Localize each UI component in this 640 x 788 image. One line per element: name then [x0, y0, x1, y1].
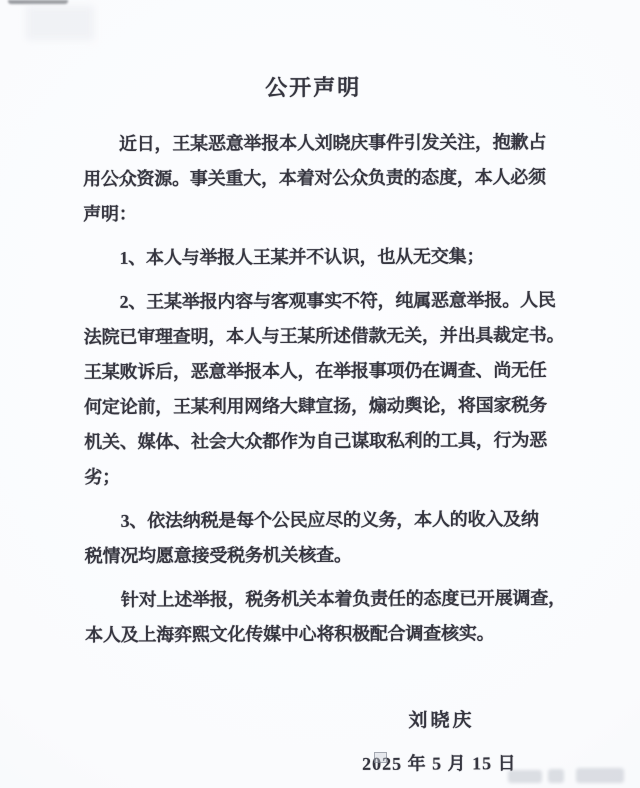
statement-line: 何定论前，王某利用网络大肆宣扬，煽动舆论，将国家税务 [84, 388, 545, 425]
statement-line: 3、依法纳税是每个公民应尽的义务，本人的收入及纳 [84, 502, 545, 539]
statement-line: 机关、媒体、社会大众都作为自己谋取私利的工具，行为恶 [84, 423, 545, 460]
statement-line: 近日，王某恶意举报本人刘晓庆事件引发关注，抱歉占 [83, 125, 544, 162]
paragraph-point-1: 1、本人与举报人王某并不认识，也从无交集； [83, 239, 544, 276]
statement-line: 2、王某举报内容与客观事实不符，纯属恶意举报。人民 [84, 283, 545, 320]
statement-sheet: 公开声明 近日，王某恶意举报本人刘晓庆事件引发关注，抱歉占 用公众资源。事关重大… [0, 0, 640, 783]
statement-line: 本人及上海弈熙文化传媒中心将积极配合调查核实。 [85, 616, 546, 653]
page-title: 公开声明 [83, 73, 544, 103]
statement-line: 用公众资源。事关重大，本着对公众负责的态度，本人必须 [83, 160, 544, 197]
statement-line: 1、本人与举报人王某并不认识，也从无交集； [83, 239, 544, 276]
statement-line: 声明： [83, 195, 544, 232]
paragraph-closing: 针对上述举报，税务机关本着负责任的态度已开展调查， 本人及上海弈熙文化传媒中心将… [85, 581, 546, 653]
statement-line: 法院已审理查明，本人与王某所述借款无关，并出具裁定书。 [84, 318, 545, 355]
date-line: 2025 年 5 月 15 日 [86, 746, 547, 783]
paragraph-point-3: 3、依法纳税是每个公民应尽的义务，本人的收入及纳 税情况均愿意接受税务机关核查。 [84, 502, 545, 574]
statement-line: 税情况均愿意接受税务机关核查。 [85, 537, 546, 574]
statement-line: 劣； [84, 458, 545, 495]
paragraph-point-2: 2、王某举报内容与客观事实不符，纯属恶意举报。人民 法院已审理查明，本人与王某所… [84, 283, 546, 495]
signature: 刘晓庆 [85, 703, 546, 740]
paragraph-intro: 近日，王某恶意举报本人刘晓庆事件引发关注，抱歉占 用公众资源。事关重大，本着对公… [83, 125, 544, 232]
statement-line: 王某败诉后，恶意举报本人，在举报事项仍在调查、尚无任 [84, 353, 545, 390]
statement-line: 针对上述举报，税务机关本着负责任的态度已开展调查， [85, 581, 546, 618]
document-photo: 公开声明 近日，王某恶意举报本人刘晓庆事件引发关注，抱歉占 用公众资源。事关重大… [0, 0, 640, 788]
